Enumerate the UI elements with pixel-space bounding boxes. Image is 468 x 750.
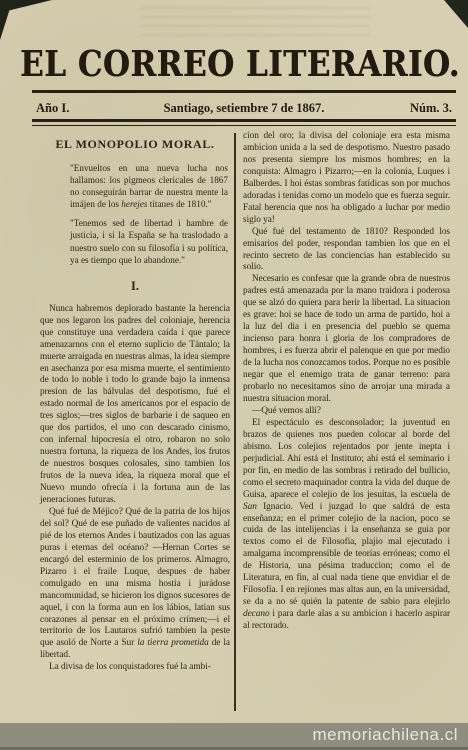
masthead-title: EL CORREO LITERARIO.: [20, 44, 448, 85]
article-paragraph: Necesario es confesar que la grande obra…: [243, 274, 450, 405]
article-paragraph: Qué fué de Méjico? Qué de la patria de l…: [40, 507, 230, 662]
article-paragraph: El espectáculo es desconsolador; la juve…: [243, 418, 450, 633]
watermark-text: memoriachilena.cl: [313, 725, 459, 745]
header-rule: [32, 90, 456, 93]
article-paragraph: La divisa de los conquistadores fué la a…: [40, 662, 230, 674]
article-paragraph: cion del oro; la divisa del coloniaje er…: [243, 131, 450, 227]
double-rule: [32, 119, 456, 126]
issue-number-label: Núm. 3.: [342, 98, 452, 116]
place-date-label: Santiago, setiembre 7 de 1867.: [146, 101, 342, 116]
article-paragraph: Nunca habremos deplorado bastante la her…: [40, 304, 230, 507]
article-paragraph: Qué fué del testamento de 1810? Responde…: [243, 227, 450, 275]
newspaper-page: EL CORREO LITERARIO. Año I. Santiago, se…: [0, 0, 468, 750]
epigraph-quote: "Envueltos en una nueva lucha nos hallam…: [70, 162, 228, 210]
scan-artifact-corner-left: [0, 0, 52, 40]
right-column: cion del oro; la divisa del coloniaje er…: [243, 131, 450, 633]
scan-artifact-corner-right: [444, 0, 468, 28]
section-number: I.: [40, 279, 230, 294]
volume-label: Año I.: [36, 101, 146, 116]
dateline-row: Año I. Santiago, setiembre 7 de 1867. Nú…: [36, 98, 452, 116]
left-column: EL MONOPOLIO MORAL. "Envueltos en una nu…: [40, 131, 230, 674]
article-paragraph: —Qué vemos allí?: [243, 406, 450, 418]
article-title: EL MONOPOLIO MORAL.: [40, 137, 230, 152]
watermark-bar: memoriachilena.cl: [0, 723, 468, 750]
epigraph-quote: "Tenemos sed de libertad i hambre de jus…: [70, 217, 228, 265]
bleedthrough-ghost: [140, 6, 370, 36]
column-divider-rule: [234, 133, 236, 711]
